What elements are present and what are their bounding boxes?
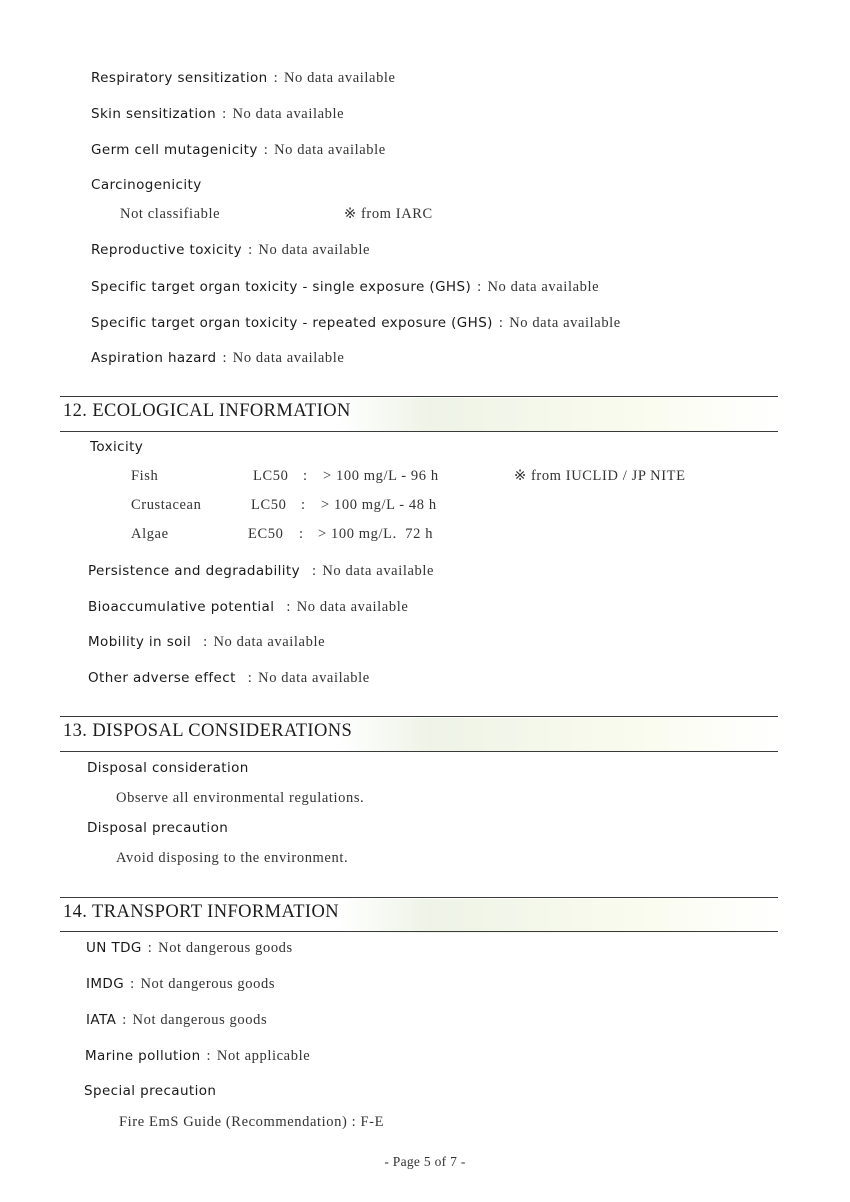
toxicity-source: ※ from IUCLID / JP NITE [514,468,686,485]
persistence-row: Persistence and degradability:No data av… [88,563,434,580]
organism: Crustacean [131,497,201,514]
other-adverse-row: Other adverse effect:No data available [88,670,370,687]
disposal-consideration-heading: Disposal consideration [87,760,249,777]
item-value: No data available [232,106,344,122]
measure: LC50 [251,497,286,514]
skin-sensitization-row: Skin sensitization:No data available [91,106,344,123]
reproductive-toxicity-row: Reproductive toxicity:No data available [91,242,370,259]
item-value: No data available [233,350,345,366]
result: > 100 mg/L - 48 h [321,497,437,514]
item-value: No data available [509,315,621,331]
special-precaution-heading: Special precaution [84,1083,216,1100]
item-value: No data available [284,70,396,86]
fire-ems-guide: Fire EmS Guide (Recommendation) : F-E [119,1114,384,1131]
section-rule-bottom [60,931,778,932]
item-label: Skin sensitization [91,106,216,122]
watermark-band [340,398,780,432]
section-12-title: 12. ECOLOGICAL INFORMATION [63,401,351,422]
carcinogenicity-source: ※ from IARC [344,206,433,223]
item-label: Respiratory sensitization [91,70,268,86]
disposal-precaution-heading: Disposal precaution [87,820,228,837]
section-14-title: 14. TRANSPORT INFORMATION [63,902,339,923]
item-value: No data available [487,279,599,295]
carcinogenicity-heading: Carcinogenicity [91,177,202,194]
section-rule-bottom [60,751,778,752]
imdg-row: IMDG:Not dangerous goods [86,976,275,993]
watermark-band [340,718,780,752]
organism: Algae [131,526,169,543]
toxicity-heading: Toxicity [90,439,143,456]
respiratory-sensitization-row: Respiratory sensitization:No data availa… [91,70,396,87]
section-13-title: 13. DISPOSAL CONSIDERATIONS [63,721,352,742]
mobility-row: Mobility in soil:No data available [88,634,325,651]
iata-row: IATA:Not dangerous goods [86,1012,267,1029]
section-rule-top [60,396,778,397]
marine-pollution-row: Marine pollution:Not applicable [85,1048,310,1065]
aspiration-hazard-row: Aspiration hazard:No data available [91,350,344,367]
carcinogenicity-value: Not classifiable [120,206,220,223]
section-rule-top [60,897,778,898]
germ-cell-mutagenicity-row: Germ cell mutagenicity:No data available [91,142,386,159]
un-tdg-row: UN TDG:Not dangerous goods [86,940,293,957]
item-label: Germ cell mutagenicity [91,142,258,158]
section-rule-top [60,716,778,717]
disposal-precaution-text: Avoid disposing to the environment. [116,850,348,867]
result: > 100 mg/L - 96 h [323,468,439,485]
item-label: Specific target organ toxicity - single … [91,279,471,295]
item-value: No data available [258,242,370,258]
item-value: No data available [274,142,386,158]
measure: LC50 [253,468,288,485]
stot-repeated-row: Specific target organ toxicity - repeate… [91,315,621,332]
bioaccumulative-row: Bioaccumulative potential:No data availa… [88,599,408,616]
item-label: Reproductive toxicity [91,242,242,258]
measure: EC50 [248,526,283,543]
organism: Fish [131,468,158,485]
item-label: Aspiration hazard [91,350,216,366]
stot-single-row: Specific target organ toxicity - single … [91,279,599,296]
section-rule-bottom [60,431,778,432]
result: > 100 mg/L. 72 h [318,526,433,543]
disposal-consideration-text: Observe all environmental regulations. [116,790,364,807]
item-label: Specific target organ toxicity - repeate… [91,315,493,331]
watermark-band [340,899,780,933]
page-number: - Page 5 of 7 - [0,1154,850,1170]
